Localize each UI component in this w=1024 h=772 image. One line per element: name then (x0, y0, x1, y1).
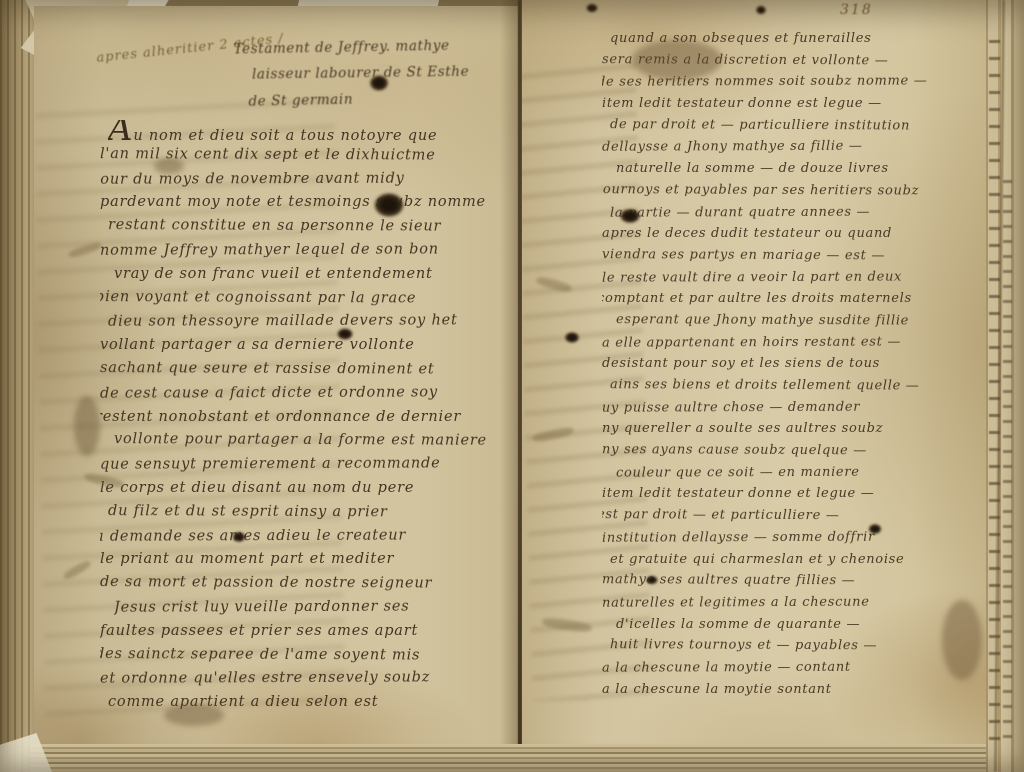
handwritten-line: de sa mort et passion de nostre seigneur (100, 571, 518, 597)
handwritten-line: d'icelles la somme de quarante — (616, 614, 986, 636)
handwritten-line: comptant et par aultre les droits matern… (602, 288, 986, 310)
right-page: 318 quand a son obseques et funerailless… (522, 0, 986, 757)
handwritten-line: dieu son thessoyre maillade devers soy h… (108, 310, 518, 335)
ink-smudge (164, 704, 224, 726)
handwritten-line: vollonte pour partager a la forme est ma… (114, 428, 518, 454)
handwritten-line: item ledit testateur donne est legue — (602, 93, 986, 115)
handwritten-line: huit livres tournoys et — payables — (610, 634, 986, 657)
handwritten-line: que sensuyt premierement a recommande (100, 452, 518, 477)
handwritten-line: nomme Jeffrey mathyer lequel de son bon (100, 238, 518, 263)
handwritten-line: ny ses ayans cause soubz quelque — (602, 439, 986, 462)
handwritten-line: et gratuite qui charmeslan et y chenoise (610, 549, 986, 571)
ink-smudge (74, 396, 100, 456)
handwritten-line: sachant que seure et rassise dominent et (100, 357, 518, 383)
handwritten-line: luy puisse aultre chose — demander (602, 396, 986, 419)
stain (942, 600, 982, 680)
fore-edge-page-stack (986, 0, 1024, 772)
handwritten-line: pardevant moy note et tesmoings soubz no… (100, 191, 518, 215)
bottom-page-edges (30, 744, 986, 772)
ink-blot (754, 4, 768, 16)
handwritten-line: naturelle la somme — de douze livres (616, 158, 986, 180)
handwritten-line: du filz et du st esprit ainsy a prier (108, 500, 518, 526)
handwritten-line: a la chescune la moytie sontant (602, 679, 986, 701)
ink-blot (866, 522, 884, 536)
handwritten-line: est par droit — et particulliere — (602, 504, 986, 527)
handwritten-line: a demande ses ames adieu le createur (100, 524, 518, 549)
handwritten-line: de par droit et — particulliere institut… (610, 114, 986, 137)
ink-blot (230, 530, 248, 544)
ink-blot (644, 574, 660, 586)
handwritten-line: bien voyant et cognoissant par la grace (100, 286, 518, 312)
handwritten-line: a la chescune la moytie — contant (602, 656, 986, 679)
ink-blot (334, 326, 356, 342)
right-page-text: quand a son obseques et funeraillessera … (602, 28, 986, 704)
bleedthrough-dashes (1003, 180, 1012, 740)
handwritten-line: ny quereller a soulte ses aultres soubz (602, 418, 986, 440)
handwritten-line: Jesus crist luy vueille pardonner ses (114, 595, 518, 620)
handwritten-line: tournoys et payables par ses heritiers s… (602, 179, 986, 202)
ink-blot (562, 330, 582, 345)
left-page-text: Au nom et dieu soit a tous notoyre quel'… (100, 120, 518, 728)
handwritten-line: de cest cause a faict dicte et ordonne s… (100, 381, 518, 406)
stain (632, 40, 722, 80)
handwritten-line: esperant que Jhony mathye susdite fillie (616, 309, 986, 332)
handwritten-line: restant constitue en sa personne le sieu… (108, 214, 518, 240)
left-page: apres alheritier 2 actes / Testament de … (34, 6, 518, 747)
handwritten-line: a elle appartenant en hoirs restant est … (602, 331, 986, 354)
handwritten-line: la partie — durant quatre annees — (610, 201, 986, 224)
ink-smudge (154, 158, 184, 174)
handwritten-line: couleur que ce soit — en maniere (616, 461, 986, 484)
handwritten-line: des sainctz separee de l'ame soyent mis (100, 643, 518, 669)
handwritten-line: ains ses biens et droits tellement quell… (610, 374, 986, 397)
handwritten-line: restent nonobstant et ordonnance de dern… (100, 406, 518, 430)
ink-blot (366, 72, 392, 94)
handwritten-line: institution dellaysse — somme doffrir (602, 526, 986, 549)
ink-blot (368, 188, 410, 222)
handwritten-line: vollant partager a sa derniere vollonte (100, 334, 518, 358)
handwritten-line: viendra ses partys en mariage — est — (602, 244, 986, 267)
handwritten-line: desistant pour soy et les siens de tous (602, 353, 986, 375)
handwritten-line: le corps et dieu disant au nom du pere (100, 477, 518, 501)
handwritten-line: item ledit testateur donne et legue — (602, 483, 986, 505)
handwritten-line: faultes passees et prier ses ames apart (100, 620, 518, 644)
handwritten-line: et ordonne qu'elles estre ensevely soubz (100, 667, 518, 692)
handwritten-line: vray de son franc vueil et entendement (114, 263, 518, 287)
manuscript-book: apres alheritier 2 actes / Testament de … (0, 0, 1024, 772)
handwritten-line: naturelles et legitimes a la chescune (602, 591, 986, 614)
gutter-crease (518, 0, 521, 772)
handwritten-line: le reste vault dire a veoir la part en d… (602, 266, 986, 289)
ink-blot (584, 2, 600, 14)
page-number: 318 (840, 2, 873, 18)
ink-blot (616, 206, 644, 226)
handwritten-line: apres le deces dudit testateur ou quand (602, 223, 986, 245)
handwritten-line: dellaysse a Jhony mathye sa fillie — (602, 136, 986, 159)
handwritten-line: Au nom et dieu soit a tous notoyre que (108, 120, 518, 144)
handwritten-line: le priant au moment part et mediter (100, 548, 518, 572)
